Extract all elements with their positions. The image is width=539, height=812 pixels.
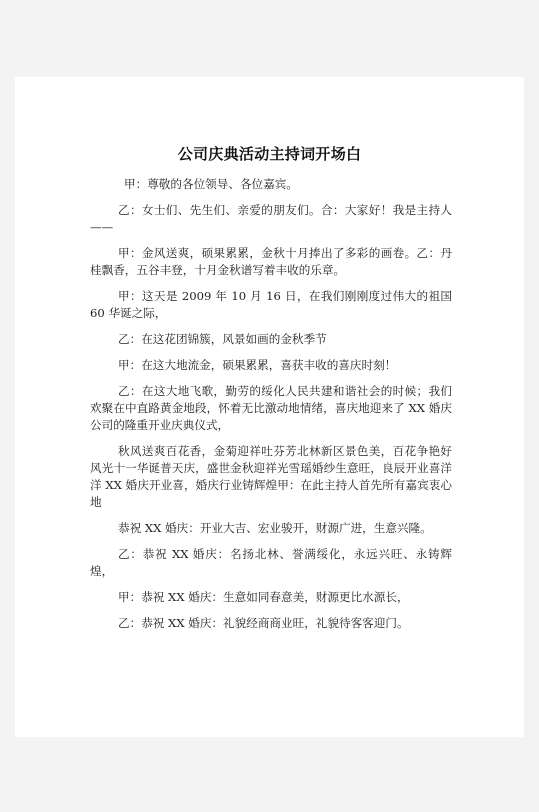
paragraph: 秋风送爽百花香，金菊迎祥吐芬芳北林新区景色美，百花争艳好风光十一华诞普天庆，盛世… [90,443,452,511]
paragraph: 甲：尊敬的各位领导、各位嘉宾。 [90,176,452,193]
paragraph: 甲：这天是 2009 年 10 月 16 日，在我们刚刚度过伟大的祖国 60 华… [90,288,452,322]
paragraph: 乙：在这大地飞歌，勤劳的绥化人民共建和谐社会的时候；我们欢聚在中直路黄金地段，怀… [90,383,452,434]
paragraph: 乙：恭祝 XX 婚庆：礼貌经商商业旺，礼貌待客客迎门。 [90,615,452,632]
document-body: 甲：尊敬的各位领导、各位嘉宾。 乙：女士们、先生们、亲爱的朋友们。合：大家好！我… [90,176,452,641]
paragraph: 甲：金风送爽，硕果累累，金秋十月捧出了多彩的画卷。乙：丹桂飘香，五谷丰登，十月金… [90,245,452,279]
paragraph: 乙：恭祝 XX 婚庆：名扬北林、誉满绥化，永远兴旺、永铸辉煌， [90,546,452,580]
paragraph: 乙：女士们、先生们、亲爱的朋友们。合：大家好！我是主持人—— [90,202,452,236]
paragraph: 乙：在这花团锦簇，风景如画的金秋季节 [90,331,452,348]
document-title: 公司庆典活动主持词开场白 [15,143,524,164]
paragraph: 甲：恭祝 XX 婚庆：生意如同春意美，财源更比水源长， [90,589,452,606]
document-page: 公司庆典活动主持词开场白 甲：尊敬的各位领导、各位嘉宾。 乙：女士们、先生们、亲… [15,77,524,737]
paragraph: 恭祝 XX 婚庆：开业大吉、宏业骏开，财源广进，生意兴隆。 [90,520,452,537]
paragraph: 甲：在这大地流金，硕果累累，喜获丰收的喜庆时刻！ [90,357,452,374]
